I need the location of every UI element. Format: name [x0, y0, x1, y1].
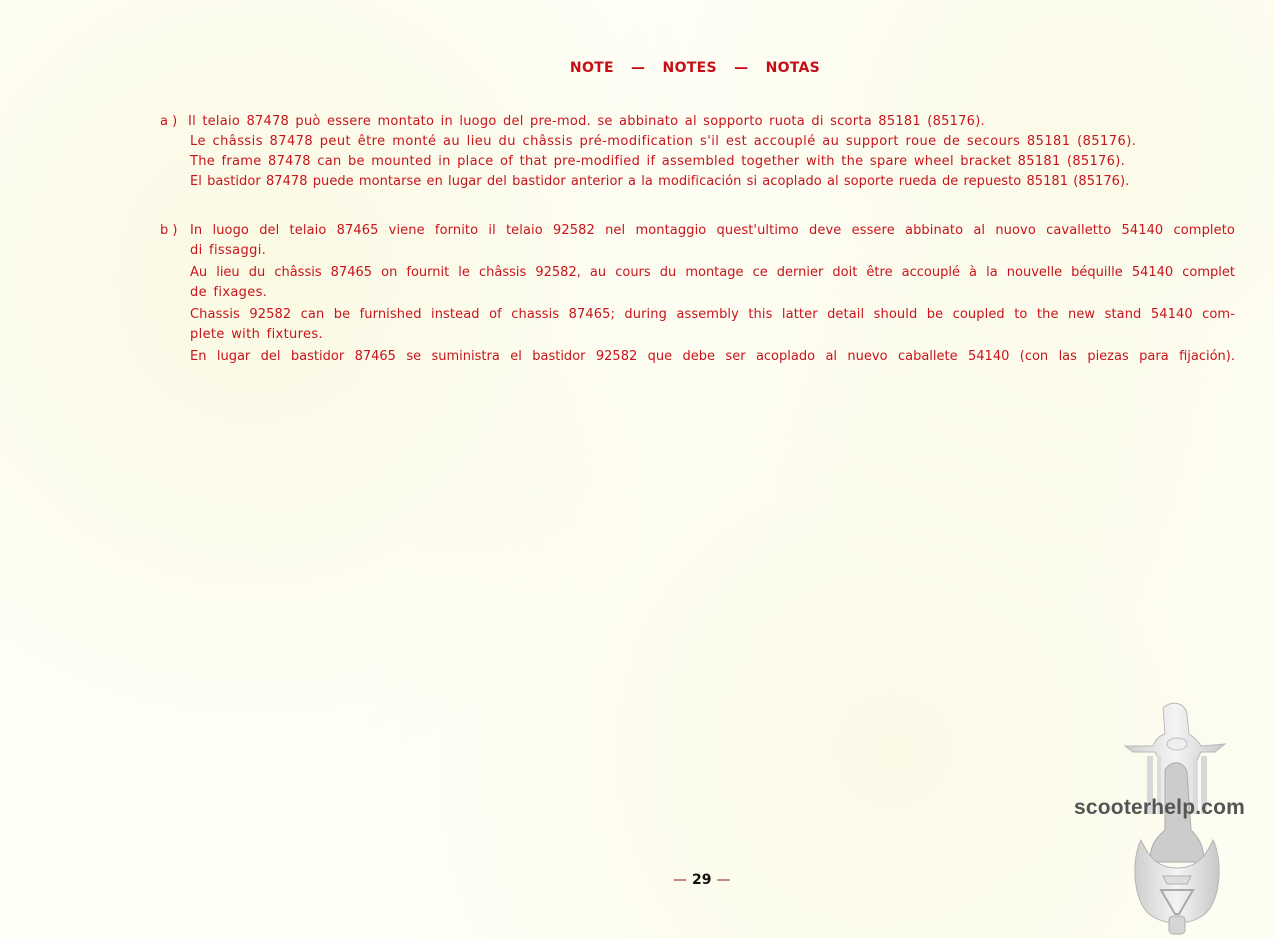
- note-b-english: Chassis 92582 can be furnished instead o…: [190, 305, 1235, 345]
- page-title: NOTE — NOTES — NOTAS: [0, 60, 1275, 76]
- text-line: Au lieu du châssis 87465 on fournit le c…: [190, 263, 1235, 283]
- text-line: plete with fixtures.: [190, 325, 1235, 345]
- text-line: El bastidor 87478 puede montarse en luga…: [190, 172, 1235, 192]
- page-number: —29—: [668, 872, 735, 888]
- note-b-spanish: En lugar del bastidor 87465 se suministr…: [190, 347, 1235, 367]
- text-line: En lugar del bastidor 87465 se suministr…: [190, 347, 1235, 367]
- note-a-english: The frame 87478 can be mounted in place …: [190, 152, 1235, 172]
- note-a-italian: Il telaio 87478 può essere montato in lu…: [190, 112, 1235, 132]
- page-dash: —: [673, 872, 687, 888]
- note-a-french: Le châssis 87478 peut être monté au lieu…: [190, 132, 1235, 152]
- note-a: a ) Il telaio 87478 può essere montato i…: [160, 112, 1235, 192]
- text-line: di fissaggi.: [190, 241, 1235, 261]
- note-marker: b ): [160, 221, 177, 241]
- title-separator: —: [734, 60, 748, 76]
- note-b-italian: In luogo del telaio 87465 viene fornito …: [190, 221, 1235, 261]
- text-line: The frame 87478 can be mounted in place …: [190, 152, 1235, 172]
- note-a-spanish: El bastidor 87478 puede montarse en luga…: [190, 172, 1235, 192]
- page-number-value: 29: [692, 872, 711, 888]
- text-line: In luogo del telaio 87465 viene fornito …: [190, 221, 1235, 241]
- title-italian: NOTE: [570, 60, 614, 76]
- page-dash: —: [716, 872, 730, 888]
- text-line: Il telaio 87478 può essere montato in lu…: [188, 112, 1235, 132]
- title-separator: —: [631, 60, 645, 76]
- watermark-text: scooterhelp.com: [1074, 796, 1245, 820]
- note-b-french: Au lieu du châssis 87465 on fournit le c…: [190, 263, 1235, 303]
- text-line: Chassis 92582 can be furnished instead o…: [190, 305, 1235, 325]
- text-line: Le châssis 87478 peut être monté au lieu…: [190, 132, 1235, 152]
- text-line: de fixages.: [190, 283, 1235, 303]
- title-french: NOTES: [663, 60, 717, 76]
- note-marker: a ): [160, 112, 177, 132]
- title-spanish: NOTAS: [766, 60, 821, 76]
- note-b: b ) In luogo del telaio 87465 viene forn…: [160, 221, 1235, 367]
